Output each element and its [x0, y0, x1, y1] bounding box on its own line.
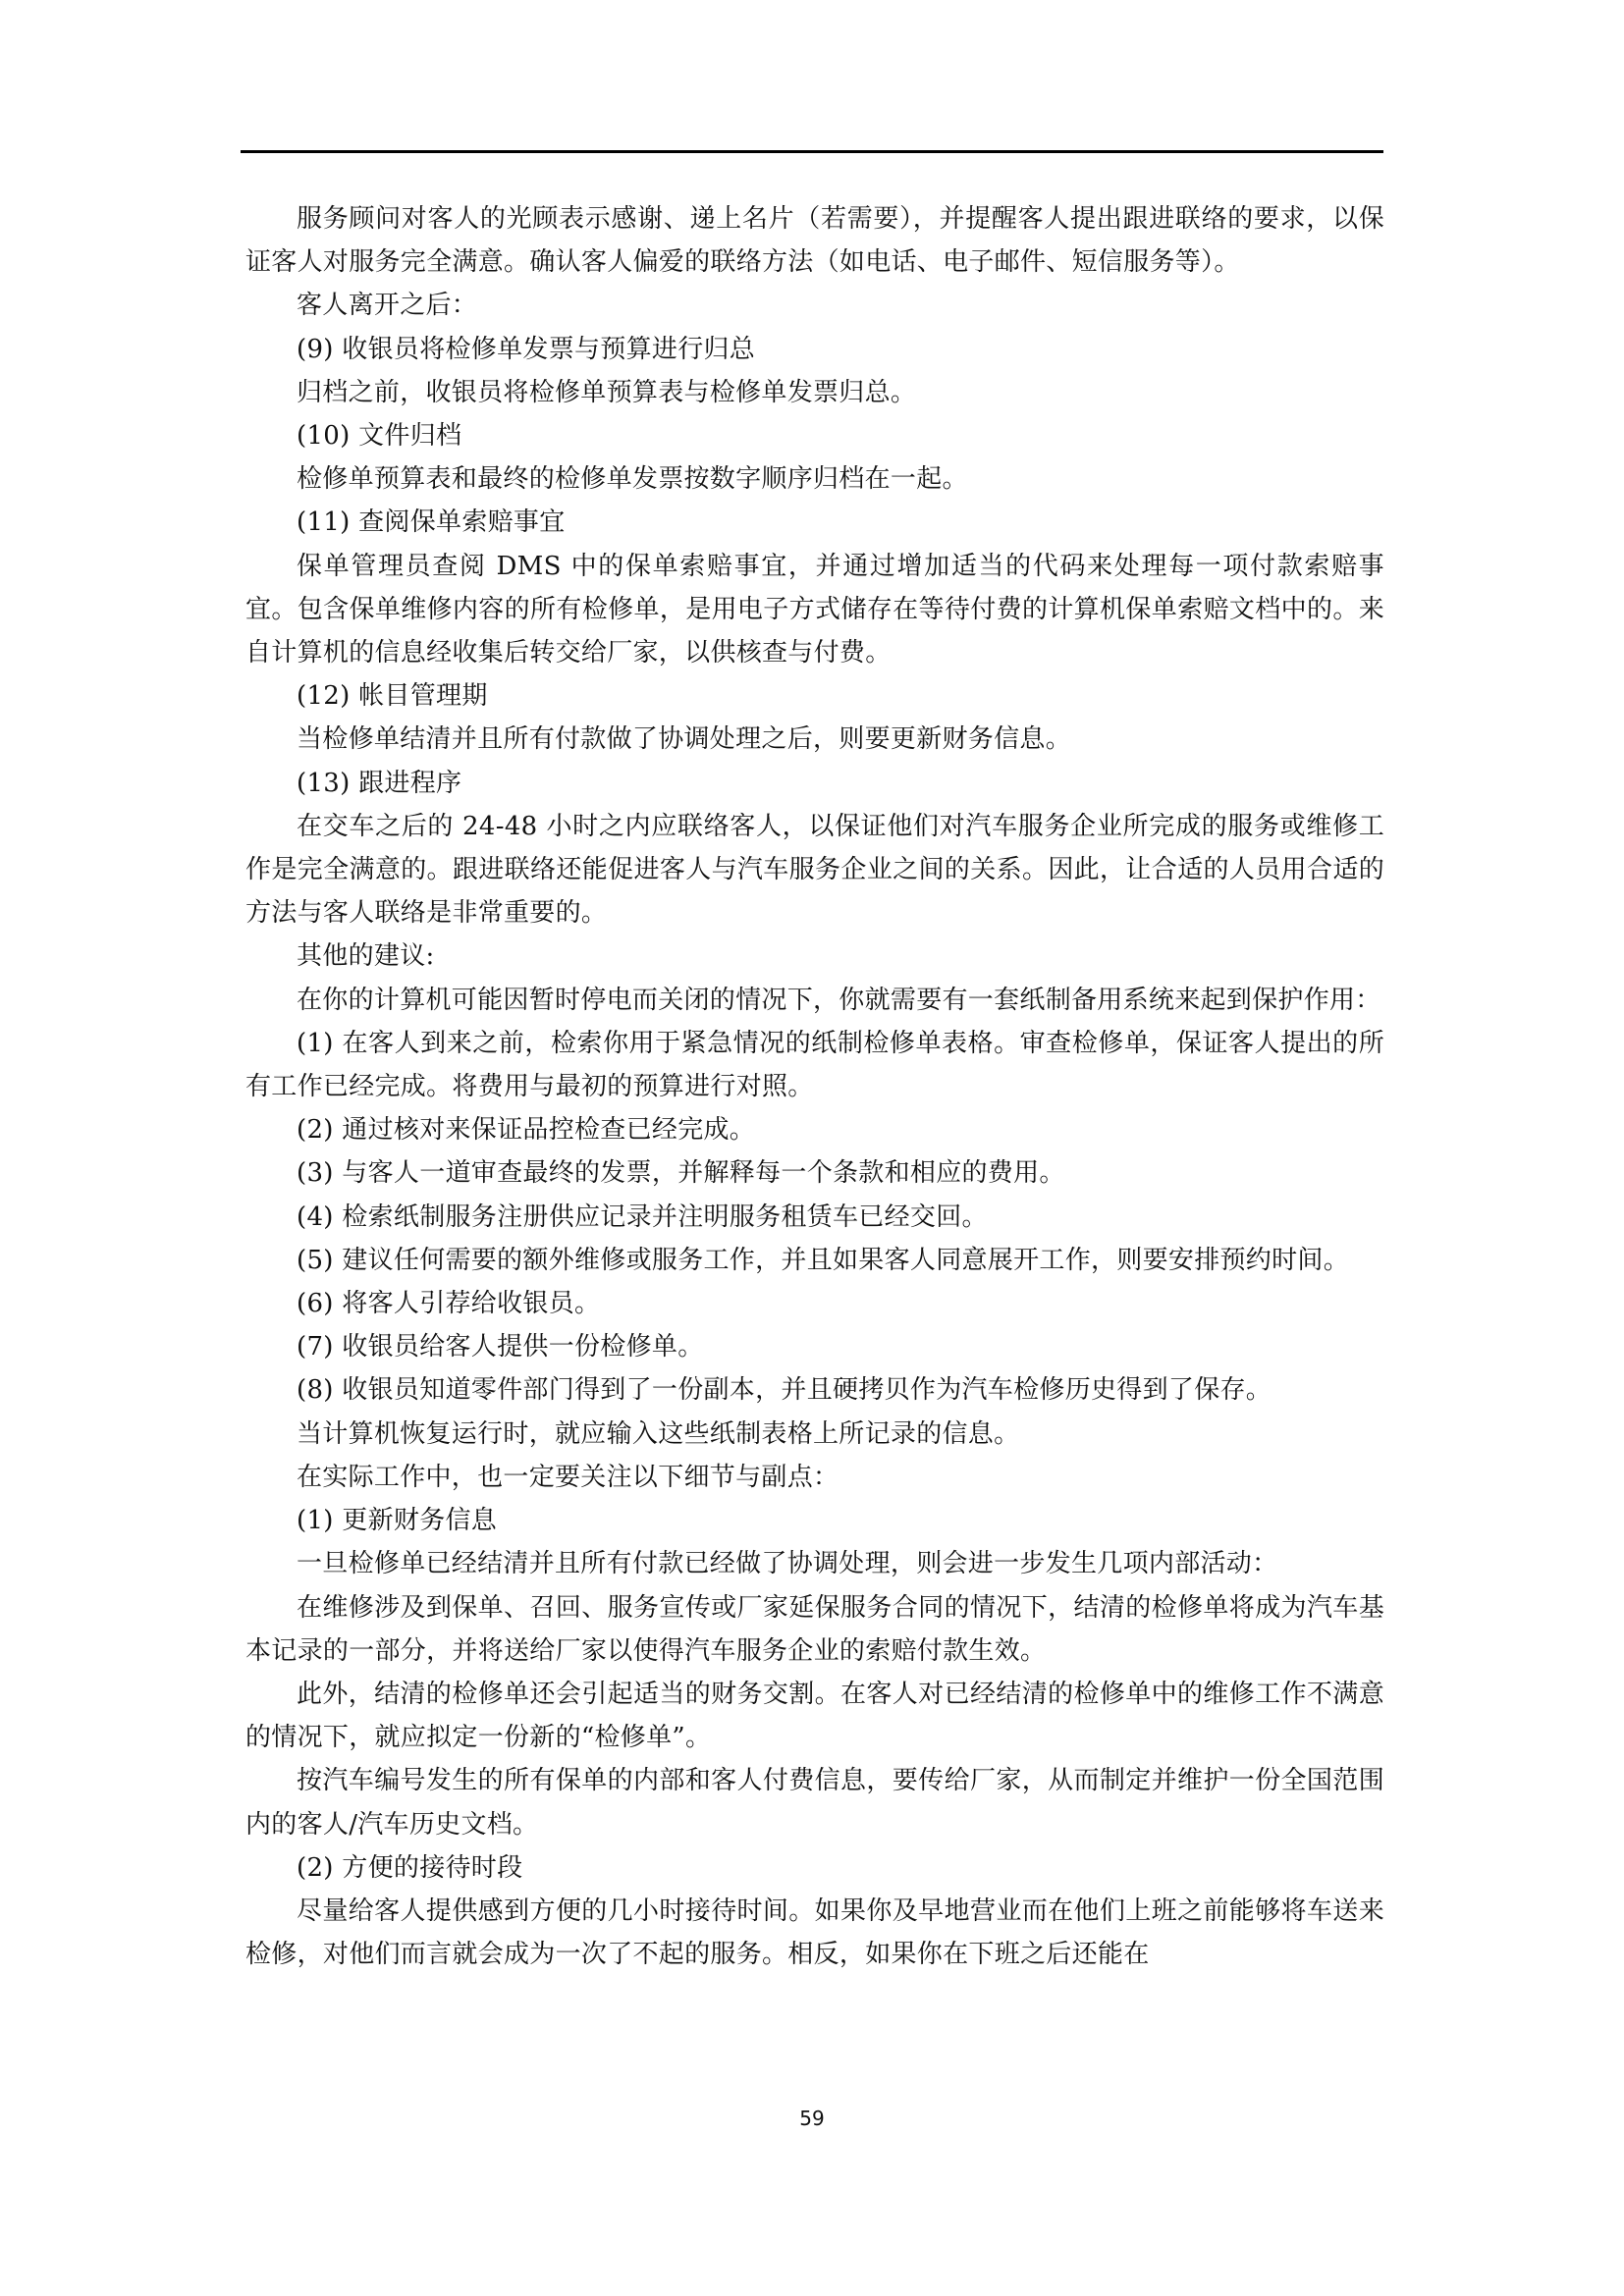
heading-step-13: (13) 跟进程序 — [245, 762, 1384, 805]
list-item-backup-7: (7) 收银员给客人提供一份检修单。 — [245, 1325, 1384, 1368]
heading-convenient-hours: (2) 方便的接待时段 — [245, 1846, 1384, 1890]
paragraph-restore-input: 当计算机恢复运行时，就应输入这些纸制表格上所记录的信息。 — [245, 1413, 1384, 1456]
heading-step-11: (11) 查阅保单索赔事宜 — [245, 501, 1384, 544]
paragraph-step-13-body: 在交车之后的 24-48 小时之内应联络客人，以保证他们对汽车服务企业所完成的服… — [245, 805, 1384, 935]
paragraph-backup-system: 在你的计算机可能因暂时停电而关闭的情况下，你就需要有一套纸制备用系统来起到保护作… — [245, 979, 1384, 1022]
document-body: 服务顾问对客人的光顾表示感谢、递上名片（若需要），并提醒客人提出跟进联络的要求，… — [245, 197, 1384, 1976]
heading-other-suggestions: 其他的建议: — [245, 934, 1384, 978]
paragraph-after-leaving: 客人离开之后： — [245, 284, 1384, 327]
header-rule — [241, 150, 1383, 153]
paragraph-details-intro: 在实际工作中，也一定要关注以下细节与副点： — [245, 1456, 1384, 1499]
list-item-backup-8: (8) 收银员知道零件部门得到了一份副本，并且硬拷贝作为汽车检修历史得到了保存。 — [245, 1368, 1384, 1412]
heading-update-financial-info: (1) 更新财务信息 — [245, 1499, 1384, 1542]
paragraph-thanks-customer: 服务顾问对客人的光顾表示感谢、递上名片（若需要），并提醒客人提出跟进联络的要求，… — [245, 197, 1384, 284]
page-number: 59 — [0, 2107, 1624, 2130]
list-item-backup-6: (6) 将客人引荐给收银员。 — [245, 1282, 1384, 1325]
paragraph-internal-activities: 一旦检修单已经结清并且所有付款已经做了协调处理，则会进一步发生几项内部活动： — [245, 1542, 1384, 1585]
heading-step-12: (12) 帐目管理期 — [245, 674, 1384, 718]
paragraph-step-11-body: 保单管理员查阅 DMS 中的保单索赔事宜，并通过增加适当的代码来处理每一项付款索… — [245, 545, 1384, 675]
list-item-backup-5: (5) 建议任何需要的额外维修或服务工作，并且如果客人同意展开工作，则要安排预约… — [245, 1239, 1384, 1282]
paragraph-step-10-body: 检修单预算表和最终的检修单发票按数字顺序归档在一起。 — [245, 457, 1384, 501]
list-item-backup-1: (1) 在客人到来之前，检索你用于紧急情况的纸制检修单表格。审查检修单，保证客人… — [245, 1022, 1384, 1108]
paragraph-step-9-body: 归档之前，收银员将检修单预算表与检修单发票归总。 — [245, 371, 1384, 414]
paragraph-step-12-body: 当检修单结清并且所有付款做了协调处理之后，则要更新财务信息。 — [245, 718, 1384, 761]
paragraph-history-archive: 按汽车编号发生的所有保单的内部和客人付费信息，要传给厂家，从而制定并维护一份全国… — [245, 1759, 1384, 1845]
heading-step-9: (9) 收银员将检修单发票与预算进行归总 — [245, 328, 1384, 371]
list-item-backup-2: (2) 通过核对来保证品控检查已经完成。 — [245, 1108, 1384, 1151]
heading-step-10: (10) 文件归档 — [245, 414, 1384, 457]
list-item-backup-3: (3) 与客人一道审查最终的发票，并解释每一个条款和相应的费用。 — [245, 1151, 1384, 1195]
paragraph-convenient-hours-body: 尽量给客人提供感到方便的几小时接待时间。如果你及早地营业而在他们上班之前能够将车… — [245, 1890, 1384, 1976]
paragraph-warranty-records: 在维修涉及到保单、召回、服务宣传或厂家延保服务合同的情况下，结清的检修单将成为汽… — [245, 1586, 1384, 1673]
list-item-backup-4: (4) 检索纸制服务注册供应记录并注明服务租赁车已经交回。 — [245, 1196, 1384, 1239]
paragraph-financial-settlement: 此外，结清的检修单还会引起适当的财务交割。在客人对已经结清的检修单中的维修工作不… — [245, 1673, 1384, 1759]
